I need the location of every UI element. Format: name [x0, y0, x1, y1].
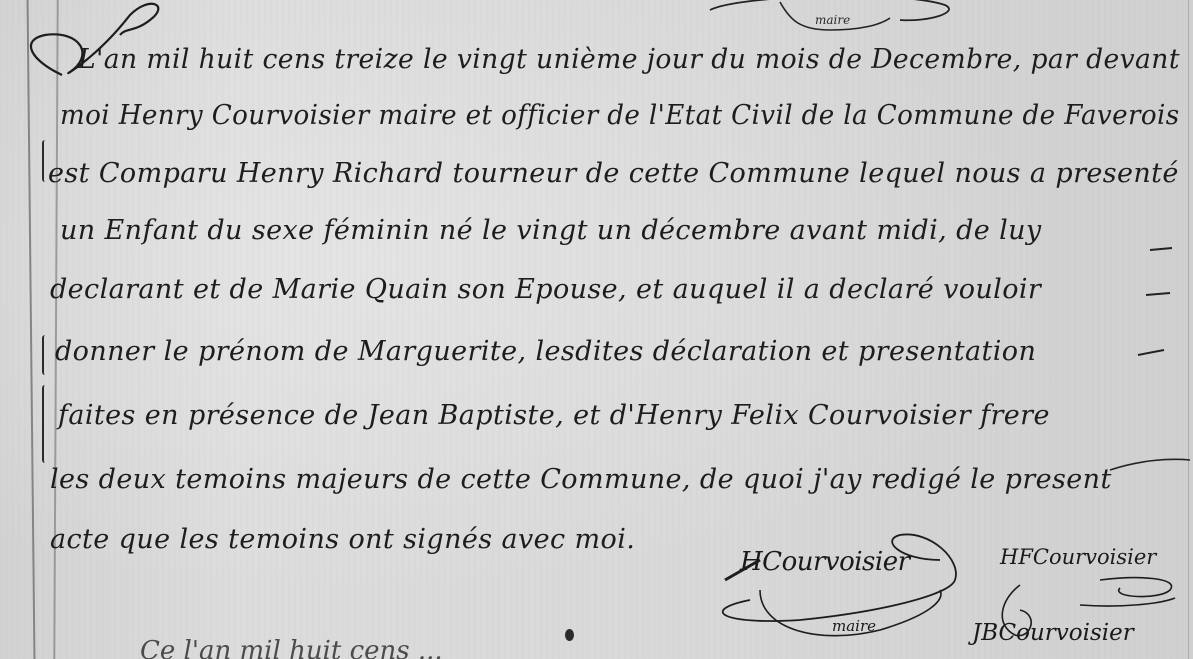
record-line-6: donner le prénom de Marguerite, lesdites… — [55, 336, 1036, 367]
record-line-1: L'an mil huit cens treize le vingt unièm… — [78, 44, 1180, 75]
witness-signature-2: JBCourvoisier — [972, 620, 1134, 646]
record-line-9: acte que les temoins ont signés avec moi… — [50, 524, 635, 555]
scanned-document-page: maire L'an mil huit cens treize le vingt… — [0, 0, 1193, 659]
page-edge — [1188, 0, 1189, 659]
mayor-signature: HCourvoisier — [740, 547, 910, 577]
ink-blot — [565, 629, 574, 641]
margin-bracket — [42, 335, 52, 375]
next-entry-fragment: Ce l'an mil huit cens ... — [140, 636, 443, 659]
record-line-4: un Enfant du sexe féminin né le vingt un… — [60, 215, 1042, 246]
mayor-title: maire — [832, 617, 876, 635]
record-line-2: moi Henry Courvoisier maire et officier … — [60, 100, 1179, 131]
record-line-8: les deux temoins majeurs de cette Commun… — [50, 464, 1112, 495]
margin-rule-outer — [27, 0, 36, 659]
record-line-5: declarant et de Marie Quain son Epouse, … — [50, 274, 1041, 305]
witness-signature-1: HFCourvoisier — [1000, 545, 1156, 569]
margin-bracket — [42, 385, 52, 463]
header-signature-label: maire — [815, 13, 850, 27]
margin-rule-inner — [53, 0, 58, 659]
record-line-7: faites en présence de Jean Baptiste, et … — [58, 400, 1050, 431]
record-line-3: est Comparu Henry Richard tourneur de ce… — [48, 158, 1179, 189]
